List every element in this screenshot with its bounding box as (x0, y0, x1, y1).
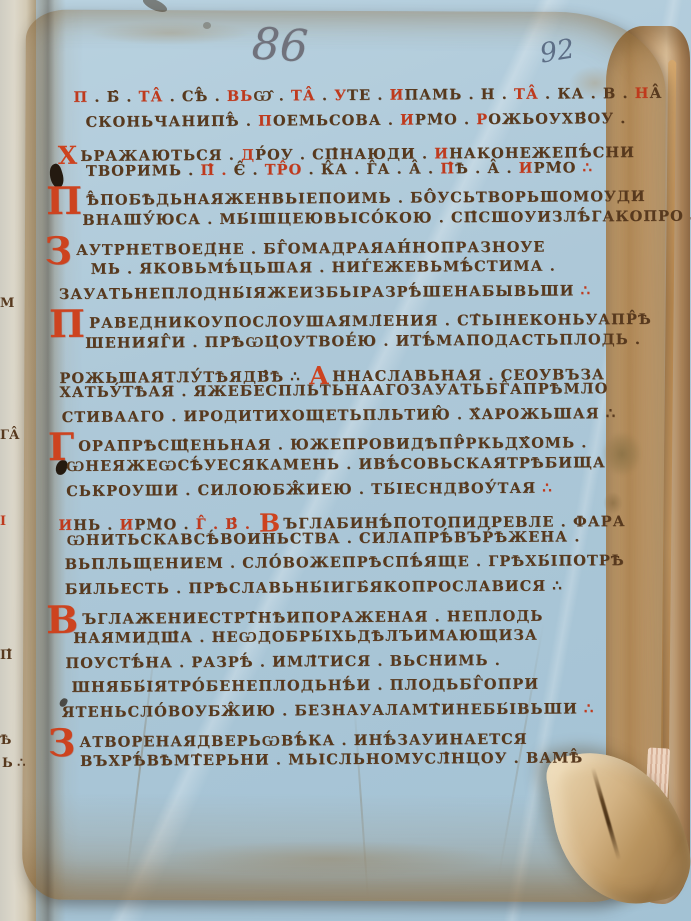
text-segment: ШЕНИЯГ̂И . ПРѢѠЦ̂ОУТВОЕ́Ю . ИТѢ́МАПОДАСТ… (85, 331, 641, 352)
text-segment: Р (476, 111, 488, 128)
text-segment: Є̂ . (234, 161, 265, 178)
text-segment: СЬКРОУШИ . СИЛОЮБЖ̂ИЕЮ . ТЬ́ІЕСНДВ̂ОУ́ТА… (66, 479, 542, 499)
text-segment: ТР̂О (265, 161, 303, 178)
text-segment: П̂ . (200, 162, 233, 179)
text-segment: АТВОРЕНАЯДВЕРЬѠВѢ́КА . ИНѢ́ЗАУИНАЕТСЯ (79, 730, 527, 750)
facing-page-text-fragment: І (0, 514, 6, 529)
text-segment: . КА . В . (539, 85, 635, 103)
text-segment: ШНЯБЬ́ІЯТРО́БЕНЕПЛОДЬНѢ́И . ПЛОДЬБГ̂ОПРИ (72, 676, 540, 696)
text-segment: ∴ (584, 700, 594, 717)
text-segment: РМ̂О . (415, 111, 476, 128)
text-segment: ТА̂ (139, 88, 164, 105)
text-segment: АУТРНЕТВОЕД́НЕ . БГ̂ОМАДРАЯАН́НОПРАЗНОУЕ (76, 238, 545, 258)
text-segment: П (258, 112, 273, 129)
text-segment: ТЕ . (347, 87, 390, 104)
text-segment: . (316, 87, 335, 104)
rubric-initial: П (49, 301, 86, 346)
text-segment: А̂ (649, 85, 662, 102)
text-segment: И (400, 111, 415, 128)
text-segment: ВЬ (227, 88, 254, 105)
folio-number-corner: 92 (538, 34, 577, 70)
manuscript-line: МЬ . ЯКОВЬМѢ́ЦЬШАЯ . НИЃЕЖЕВЬМѢ́СТИМА . (91, 258, 556, 286)
text-segment: ТА̂ (514, 86, 539, 103)
text-segment: Н (635, 85, 650, 102)
text-segment: СТИВААГО . ИРОДИТИХОЩЕТЬПЛЬТИЮ̂ . Х̂АРОЖ… (62, 405, 617, 426)
text-segment: ∴ (581, 282, 591, 299)
manuscript-line: НАЯМИДШ̂А . НЕѠДОБРЬ́ІХЬДѢЛЪИМАЮЩИЗА (73, 627, 538, 655)
text-segment: У (334, 87, 347, 104)
text-segment: ТА̂ (291, 87, 316, 104)
text-segment: ВЬПЛЬЩЕНИЕМ . СЛО́ВОЖЕПРѢСПѢ́ЯЩЕ . ГРѢХЬ… (65, 552, 625, 573)
text-segment: Ѡ̂ . (253, 87, 291, 104)
text-segment: БИЛЬЕСТЬ . ПРѢСЛАВЬНЬ́ІИГЬ̂ЯКОПРОСЛАВИСЯ… (65, 577, 563, 597)
facing-page-text-fragment: М (0, 296, 14, 311)
rubric-initial: Х (58, 141, 79, 170)
text-segment: ѠНИТЬСКАВСѢ́ВОИНЬСТВА . СИЛАПРѢ́ВЪР́ѢЖЕН… (66, 528, 580, 549)
text-segment: Ѣ . А̂ . (455, 160, 519, 177)
facing-page-text-fragment: Ѣ (0, 733, 11, 748)
text-segment: ВЪХРѢ́ВѢМТ̂ЕРЬНИ . МЬІСЛЬНОМУСЛ̂НЦОУ . В… (80, 750, 583, 771)
text-segment: ∴ (542, 479, 552, 496)
text-segment: . К̂А . Г̂А . А̂ . (302, 160, 440, 178)
rubric-initial: З (48, 719, 77, 764)
text-segment: . СѢ̂ . (163, 88, 227, 105)
text-segment: ОЖЬОУХВ̂ОУ . (488, 110, 626, 128)
text-segment: СКОНЬЧАНИПѢ̂ . (86, 112, 259, 130)
text-segment: ПОУСТѢ́НА . РАЗРѢ́ . ИМЛ̂ТИСЯ . ВЬСНИМЬ … (65, 652, 501, 672)
text-segment: ѠНЕЯЖЕѠСѢ́УЕСЯКАМЕНЬ . ИВѢ́СОВЬСКАЯТРѢБИ… (66, 454, 606, 475)
manuscript-photo: 86 92 П . Б̂ . ТА̂ . СѢ̂ . ВЬѠ̂ . ТА̂ . … (0, 0, 691, 921)
manuscript-line: ШНЯБЬ́ІЯТРО́БЕНЕПЛОДЬНѢ́И . ПЛОДЬБГ̂ОПРИ (72, 676, 540, 704)
text-segment: МЬ . ЯКОВЬМѢ́ЦЬШАЯ . НИЃЕЖЕВЬМѢ́СТИМА . (91, 258, 556, 278)
facing-page-text-fragment: ГА̂ (0, 428, 20, 443)
text-segment: ЯТЕНЬСЛО́ВОУБЖ̂ИЮ . БЕЗНАУАЛАМТ̂ИНЕБЬ́ІВ… (62, 700, 584, 721)
text-segment: ВНАШУ́ЮСА . МЬ́ІШЦЕЮВЬІСО́КОЮ . СП̂СШОУИ… (82, 208, 691, 229)
text-segment: ХАТЬУ́ТѢАЯ . ЯЖЕБЕСПЛЬТЬНААГОЗАУАТЬБГ̂АП… (59, 380, 608, 401)
text-segment: РМ̂О (534, 159, 583, 176)
text-segment: П (73, 89, 88, 106)
text-segment: ТВОРИМЬ . (86, 162, 201, 180)
text-segment: ПАМЬ . Н . (404, 86, 514, 104)
text-segment: ∴ (583, 159, 593, 176)
text-segment: П̂ (440, 160, 455, 177)
folio-number-pencil: 86 (251, 19, 310, 73)
text-segment: ОЕМЬСОВА . (273, 111, 400, 129)
manuscript-text-block: П . Б̂ . ТА̂ . СѢ̂ . ВЬѠ̂ . ТА̂ . УТЕ . … (0, 0, 691, 921)
text-segment: И (390, 87, 405, 104)
text-segment: ЪГЛАЖЕНИЕСТРТ̂НѢИПОРАЖЕНАЯ . НЕПЛОДЬ (82, 607, 543, 627)
text-segment: Ѣ̂ПОБѢДЬНАЯЖЕНВЬІЕПОИМЬ . БО̂УСЬТВОРЬШОМ… (86, 188, 646, 209)
text-segment: ЗАУАТЬНЕПЛОДНЬ́ІЯЖЕИЗБЬІРАЗРѢ́ШЕНАБЫВЬШИ (59, 282, 581, 303)
manuscript-line: ВНАШУ́ЮСА . МЬ́ІШЦЕЮВЬІСО́КОЮ . СП̂СШОУИ… (82, 208, 691, 237)
manuscript-line: ВЪХРѢ́ВѢМТ̂ЕРЬНИ . МЬІСЛЬНОМУСЛ̂НЦОУ . В… (80, 750, 583, 779)
rubric-initial: П (46, 178, 83, 223)
text-segment: . Б̂ . (88, 88, 139, 105)
text-segment: ОРАПРѢСЩ̂ЕНЬНАЯ . ЮЖЕПРОВИДѢПР̂РКЬДХ̂ОМЬ… (78, 435, 587, 456)
facing-page-text-fragment: П̂ (0, 648, 12, 663)
rubric-initial: З (44, 227, 73, 272)
text-segment: НАЯМИДШ̂А . НЕѠДОБРЬ́ІХЬДѢЛЪИМАЮЩИЗА (73, 627, 538, 647)
facing-page-text-fragment: Ь ∴ (2, 756, 26, 771)
text-segment: РАВЕДНИКОУПОСЛОУШАЯМЛ́ЕНИЯ . СТ̂ЬІНЕКОНЬ… (89, 311, 652, 332)
text-segment: И (519, 159, 534, 176)
